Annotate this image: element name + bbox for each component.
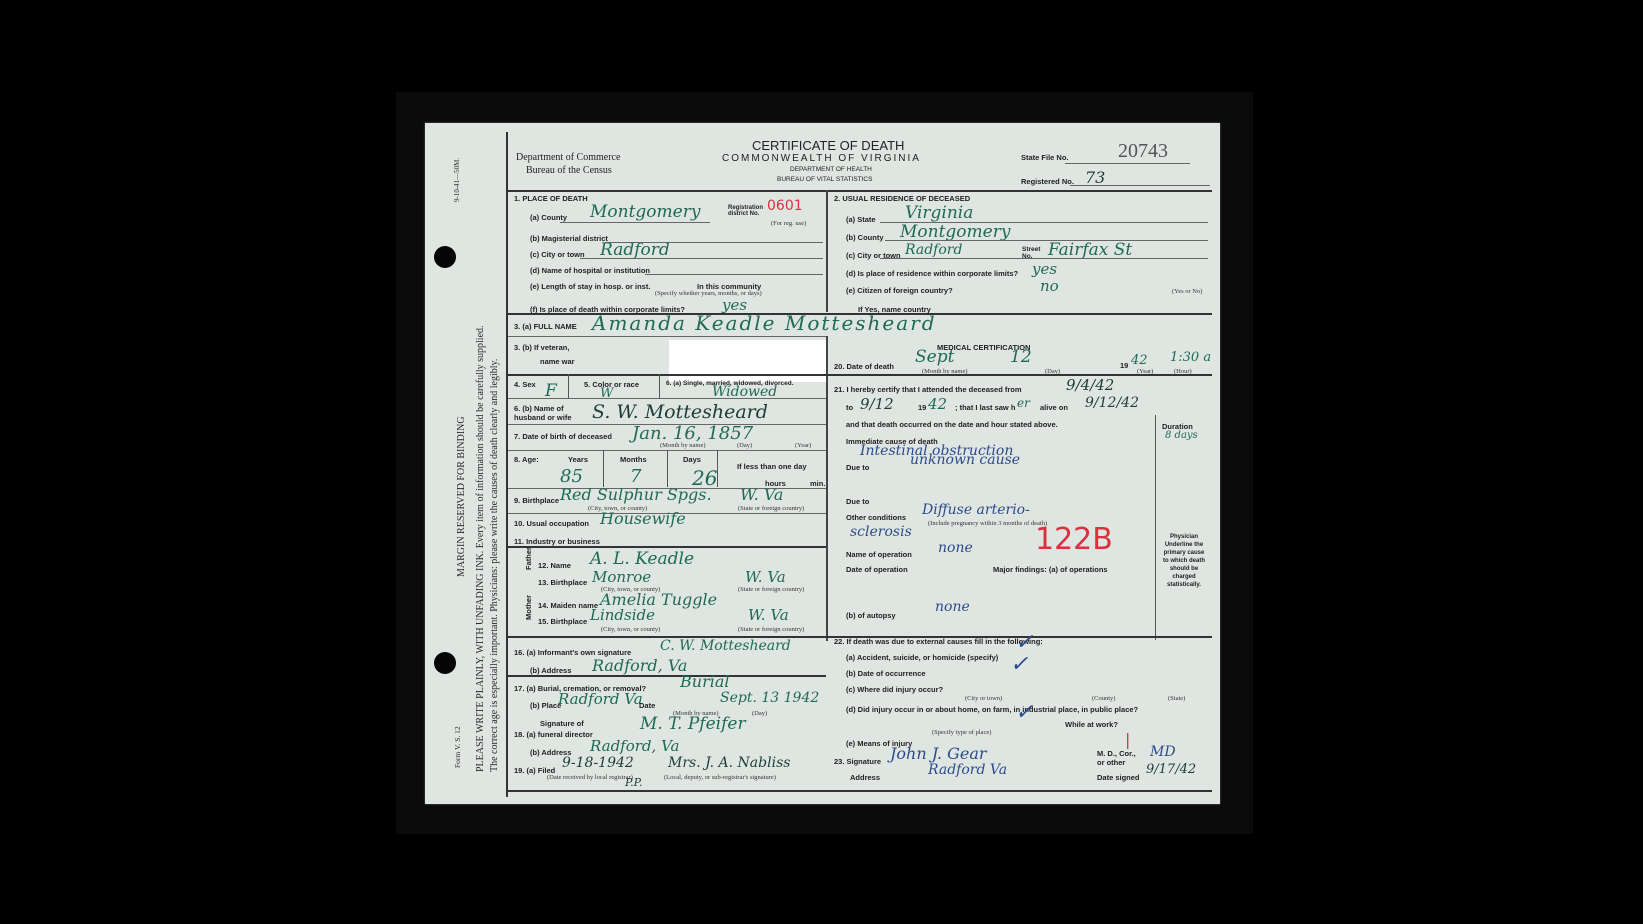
- min-label: min.: [810, 479, 825, 488]
- industry-label: 11. Industry or business: [514, 537, 600, 546]
- res-street: Fairfax St: [1048, 240, 1132, 260]
- yes-no-note: (Yes or No): [1172, 288, 1202, 295]
- sex-label: 4. Sex: [514, 380, 536, 389]
- autopsy-label: (b) of autopsy: [846, 611, 896, 620]
- external-heading: 22. If death was due to external causes …: [834, 637, 1043, 646]
- burial-date-label: Date: [639, 701, 655, 710]
- burial-place: Radford Va: [558, 690, 643, 708]
- initials: P.P.: [625, 776, 642, 789]
- alive-on: 9/12/42: [1085, 395, 1139, 411]
- citizen-value: no: [1040, 277, 1059, 295]
- occupation-label: 10. Usual occupation: [514, 519, 589, 528]
- age-years: 85: [560, 466, 583, 487]
- full-name: Amanda Keadle Mottesheard: [592, 311, 937, 335]
- hospital-label: (d) Name of hospital or institution: [530, 266, 650, 275]
- findings-label: Major findings: (a) of operations: [993, 565, 1108, 574]
- physician-addr-label: Address: [850, 773, 880, 782]
- date-signed: 9/17/42: [1146, 762, 1196, 777]
- father-name-label: 12. Name: [538, 561, 571, 570]
- mother-tag: Mother: [524, 595, 533, 620]
- ext-state-note: (State): [1168, 695, 1185, 702]
- spouse-label: 6. (b) Name of husband or wife: [514, 404, 574, 422]
- father-bp-state: W. Va: [745, 568, 786, 586]
- mother-city-note: (City, town, or county): [601, 626, 660, 633]
- ext-city-note: (City or town): [965, 695, 1002, 702]
- state-file-label: State File No.: [1021, 153, 1069, 162]
- external-d-label: (d) Did injury occur in or about home, o…: [846, 705, 1138, 714]
- dob-day-note: (Day): [737, 442, 752, 449]
- filed-date: 9-18-1942: [562, 755, 634, 771]
- res-city: Radford: [905, 242, 962, 258]
- death-county: Montgomery: [590, 202, 700, 222]
- reg-district-number: 0601: [767, 198, 803, 214]
- binding-hole-bottom: [434, 652, 456, 674]
- code-number: 122B: [1035, 522, 1113, 557]
- type-note: (Specify type of place): [932, 729, 991, 736]
- spouse-name: S. W. Mottesheard: [592, 401, 768, 423]
- autopsy-value: none: [935, 599, 970, 615]
- res-county: Montgomery: [900, 222, 1010, 242]
- dob-month-note: (Month by name): [660, 442, 706, 449]
- director-address: Radford, Va: [590, 737, 679, 755]
- binding-hole-top: [434, 246, 456, 268]
- father-state-note: (State or foreign country): [738, 586, 804, 593]
- dob-label: 7. Date of birth of deceased: [514, 432, 612, 441]
- birthplace-state: W. Va: [740, 485, 783, 504]
- red-mark: |: [1125, 730, 1130, 749]
- dod-year: 42: [1131, 353, 1148, 368]
- bureau-vital-stats: BUREAU OF VITAL STATISTICS: [777, 176, 872, 183]
- dod-label: 20. Date of death: [834, 362, 894, 371]
- less-day-label: If less than one day: [737, 462, 807, 471]
- form-code: 9-10-41—50M.: [453, 158, 461, 202]
- mother-bp-label: 15. Birthplace: [538, 617, 587, 626]
- res-county-label: (b) County: [846, 233, 884, 242]
- father-tag: Father: [524, 547, 533, 570]
- res-state-label: (a) State: [846, 215, 876, 224]
- operation-value: none: [938, 540, 973, 556]
- op-date-label: Date of operation: [846, 565, 908, 574]
- informant-addr-label: (b) Address: [530, 666, 571, 675]
- operation-label: Name of operation: [846, 550, 912, 559]
- dept-line-1: Department of Commerce: [516, 152, 620, 163]
- margin-binding-label: MARGIN RESERVED FOR BINDING: [456, 416, 467, 577]
- external-c-label: (c) Where did injury occur?: [846, 685, 943, 694]
- instructions-line-1: PLEASE WRITE PLAINLY, WITH UNFADING INK.…: [475, 325, 486, 772]
- reg-use-note: (For reg. use): [771, 220, 806, 227]
- residence-heading: 2. USUAL RESIDENCE OF DECEASED: [834, 194, 970, 203]
- dept-health: DEPARTMENT OF HEALTH: [790, 166, 872, 173]
- full-name-label: 3. (a) FULL NAME: [514, 322, 577, 331]
- form-number: Form V. S. 12: [453, 726, 462, 768]
- attend-to-year: 42: [928, 395, 947, 413]
- physician-title: MD: [1150, 744, 1176, 760]
- duration-value: 8 days: [1165, 430, 1198, 441]
- days-label: Days: [683, 455, 701, 464]
- work-label: While at work?: [1065, 720, 1118, 729]
- director-label-1: Signature of: [540, 719, 584, 728]
- place-of-death-heading: 1. PLACE OF DEATH: [514, 194, 588, 203]
- due-to-1: unknown cause: [910, 452, 1020, 468]
- citizen-label: (e) Citizen of foreign country?: [846, 286, 953, 295]
- dob-value: Jan. 16, 1857: [632, 423, 753, 444]
- physician-signature: John J. Gear: [890, 744, 987, 763]
- dob-year-note: (Year): [795, 442, 811, 449]
- age-label: 8. Age:: [514, 455, 539, 464]
- last-saw-pronoun: er: [1017, 396, 1030, 410]
- mother-bp-city: Lindside: [590, 606, 655, 624]
- birthplace-city: Red Sulphur Spgs.: [560, 485, 712, 504]
- res-corporate-value: yes: [1032, 260, 1057, 278]
- registrar-signature: Mrs. J. A. Nabliss: [668, 755, 790, 771]
- bp-state-note: (State or foreign country): [738, 505, 804, 512]
- age-months: 7: [630, 466, 641, 487]
- external-a-label: (a) Accident, suicide, or homicide (spec…: [846, 653, 998, 662]
- birthplace-label: 9. Birthplace: [514, 496, 559, 505]
- attend-from: 9/4/42: [1066, 376, 1114, 394]
- filed-note-1: (Date received by local registrar): [547, 774, 633, 781]
- filed-note-2: (Local, deputy, or sub-registrar's signa…: [664, 774, 776, 781]
- burial-day-note: (Day): [752, 710, 767, 717]
- burial-date: Sept. 13 1942: [720, 690, 819, 706]
- due-to-1-label: Due to: [846, 463, 869, 472]
- ext-county-note: (County): [1092, 695, 1115, 702]
- dod-day: 12: [1010, 347, 1032, 367]
- physician-note: Physician Underline the primary cause to…: [1160, 533, 1208, 589]
- check-mark-3: ✓: [1015, 700, 1033, 725]
- date-signed-label: Date signed: [1097, 773, 1140, 782]
- burial-method: Burial: [680, 672, 729, 691]
- instructions-line-2: The correct age is especially important.…: [489, 359, 500, 772]
- informant-signature: C. W. Mottesheard: [660, 638, 791, 654]
- attend-to: 9/12: [860, 395, 894, 413]
- funeral-director: M. T. Pfeifer: [640, 714, 746, 734]
- father-bp-label: 13. Birthplace: [538, 578, 587, 587]
- due-to-2-label: Due to: [846, 497, 869, 506]
- other-conditions-label: Other conditions: [846, 513, 906, 522]
- certificate-subtitle: COMMONWEALTH OF VIRGINIA: [722, 153, 921, 164]
- pregnancy-note: (Include pregnancy within 3 months of de…: [928, 520, 1047, 527]
- veteran-label: 3. (b) If veteran,: [514, 343, 569, 352]
- certificate-title: CERTIFICATE OF DEATH: [752, 138, 904, 153]
- father-name: A. L. Keadle: [590, 549, 694, 569]
- check-mark-2: ✓: [1010, 652, 1028, 677]
- to-label: to: [846, 403, 853, 412]
- mother-state-note: (State or foreign country): [738, 626, 804, 633]
- external-b-label: (b) Date of occurrence: [846, 669, 926, 678]
- physician-sig-label: 23. Signature: [834, 757, 881, 766]
- registered-label: Registered No.: [1021, 177, 1074, 186]
- years-label: Years: [568, 455, 588, 464]
- physician-address: Radford Va: [928, 762, 1007, 778]
- attend-year-prefix: 19: [918, 403, 926, 412]
- dod-hour: 1:30 a: [1170, 350, 1211, 365]
- dod-month: Sept: [915, 347, 954, 367]
- physician-title-label: M. D., Cor., or other: [1097, 749, 1142, 767]
- burial-place-label: (b) Place: [530, 701, 561, 710]
- res-corporate-label: (d) Is place of residence within corpora…: [846, 269, 1018, 278]
- occupation-value: Housewife: [600, 509, 686, 528]
- res-state: Virginia: [905, 203, 973, 223]
- other-conditions: Diffuse arterio-: [922, 502, 1030, 518]
- father-bp-city: Monroe: [592, 568, 651, 586]
- death-city: Radford: [600, 240, 670, 260]
- dod-year-prefix: 19: [1120, 361, 1128, 370]
- alive-label: alive on: [1040, 403, 1068, 412]
- attend-label: 21. I hereby certify that I attended the…: [834, 385, 1022, 394]
- informant-address: Radford, Va: [592, 656, 687, 675]
- county-label: (a) County: [530, 213, 567, 222]
- reg-district-label: Registration district No.: [728, 205, 768, 217]
- stay-label: (e) Length of stay in hosp. or inst.: [530, 282, 650, 291]
- state-file-number: 20743: [1118, 140, 1168, 163]
- director-label-2: 18. (a) funeral director: [514, 730, 593, 739]
- stated-above: and that death occurred on the date and …: [846, 420, 1058, 429]
- mother-bp-state: W. Va: [748, 606, 789, 624]
- other-conditions-2: sclerosis: [850, 524, 912, 540]
- last-saw-label: ; that I last saw h: [955, 403, 1015, 412]
- war-label: name war: [540, 357, 575, 366]
- dept-line-2: Bureau of the Census: [526, 165, 612, 176]
- months-label: Months: [620, 455, 647, 464]
- death-city-label: (c) City or town: [530, 250, 585, 259]
- magisterial-label: (b) Magisterial district: [530, 234, 608, 243]
